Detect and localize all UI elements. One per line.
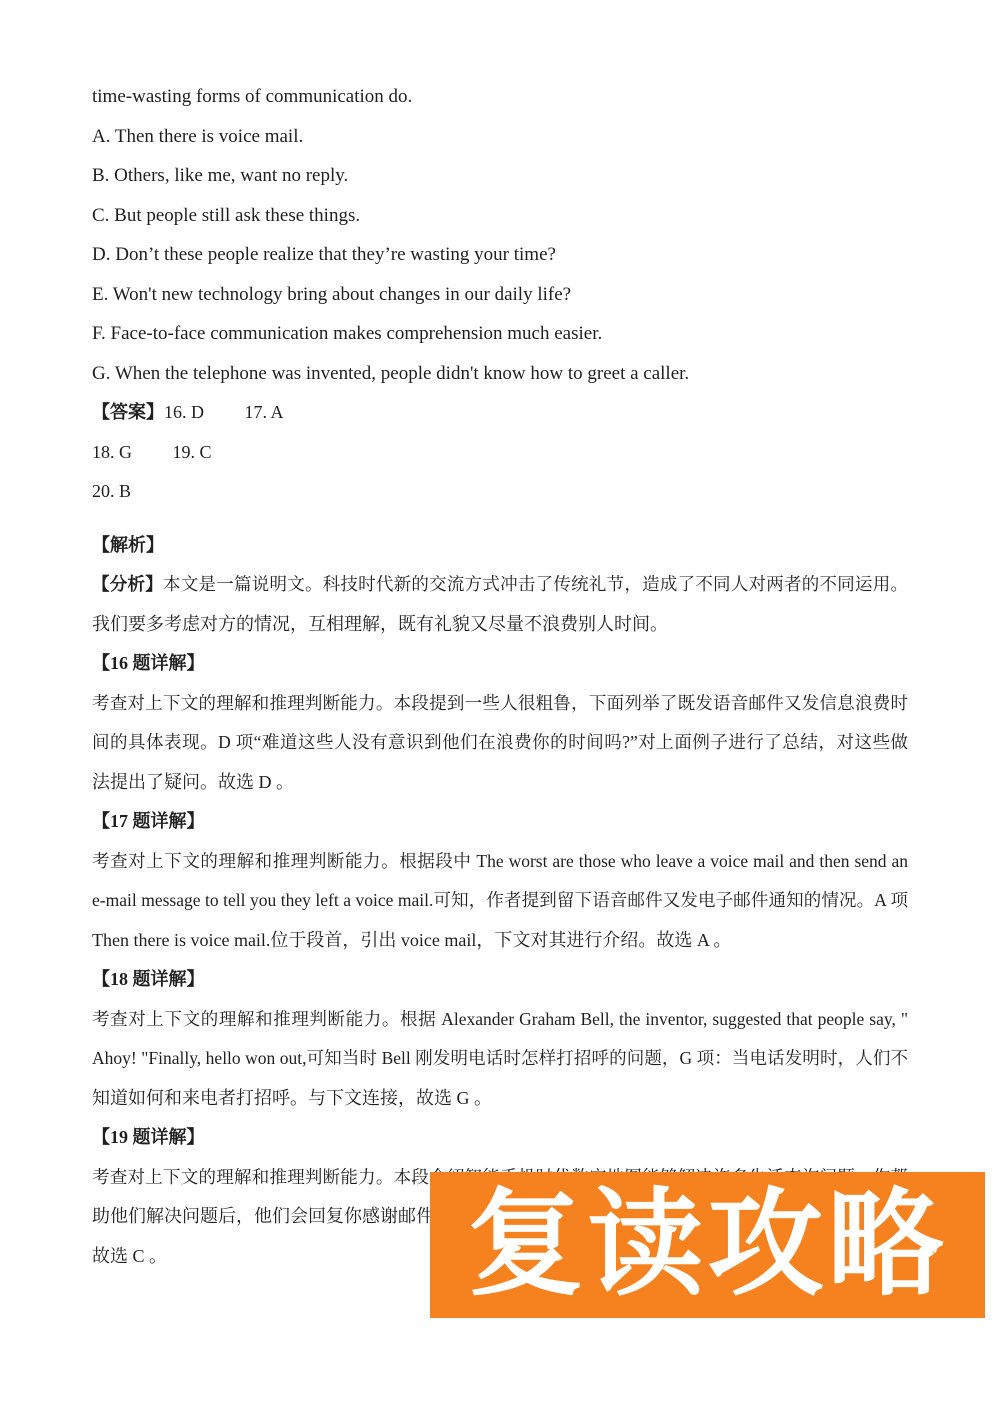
q16-heading: 【16 题详解】 [92,644,908,684]
overview-line-1: 【分析】本文是一篇说明文。科技时代新的交流方式冲击了传统礼节，造成了不同人对两者… [92,565,908,605]
answers-label: 【答案】 [92,402,164,422]
option-e: E. Won't new technology bring about chan… [92,275,908,315]
q17-line-1: 考查对上下文的理解和推理判断能力。根据段中 The worst are thos… [92,842,908,882]
q17-line-2: e-mail message to tell you they left a v… [92,881,908,921]
q18-line-3: 知道如何和来电者打招呼。与下文连接，故选 G 。 [92,1079,908,1119]
option-d: D. Don’t these people realize that they’… [92,235,908,275]
option-b: B. Others, like me, want no reply. [92,156,908,196]
q16-line-1: 考查对上下文的理解和推理判断能力。本段提到一些人很粗鲁，下面列举了既发语音邮件又… [92,684,908,724]
q17-heading: 【17 题详解】 [92,802,908,842]
q16-line-2: 间的具体表现。D 项“难道这些人没有意识到他们在浪费你的时间吗?”对上面例子进行… [92,723,908,763]
option-f: F. Face-to-face communication makes comp… [92,314,908,354]
option-a: A. Then there is voice mail. [92,117,908,157]
document-body: time-wasting forms of communication do. … [92,77,908,1276]
answers-line-3: 20. B [92,472,908,512]
q17-line-3: Then there is voice mail.位于段首，引出 voice m… [92,921,908,961]
document-page: time-wasting forms of communication do. … [0,0,1000,1414]
answers-16-17: 16. D 17. A [164,402,284,422]
watermark-banner: 复读攻略 [430,1172,985,1318]
answers-line-2: 18. G 19. C [92,433,908,473]
q18-line-2: Ahoy! "Finally, hello won out,可知当时 Bell … [92,1039,908,1079]
passage-tail-line: time-wasting forms of communication do. [92,77,908,117]
option-g: G. When the telephone was invented, peop… [92,354,908,394]
q18-heading: 【18 题详解】 [92,960,908,1000]
answers-line-1: 【答案】16. D 17. A [92,393,908,433]
fenxi-label: 【分析】 [92,574,163,594]
q16-line-3: 法提出了疑问。故选 D 。 [92,763,908,803]
jiexi-heading: 【解析】 [92,526,908,566]
overview-line-2: 我们要多考虑对方的情况，互相理解，既有礼貌又尽量不浪费别人时间。 [92,605,908,645]
overview-text: 本文是一篇说明文。科技时代新的交流方式冲击了传统礼节，造成了不同人对两者的不同运… [163,574,908,594]
q18-line-1: 考查对上下文的理解和推理判断能力。根据 Alexander Graham Bel… [92,1000,908,1040]
watermark-text: 复读攻略 [468,1187,948,1303]
q19-heading: 【19 题详解】 [92,1118,908,1158]
option-c: C. But people still ask these things. [92,196,908,236]
